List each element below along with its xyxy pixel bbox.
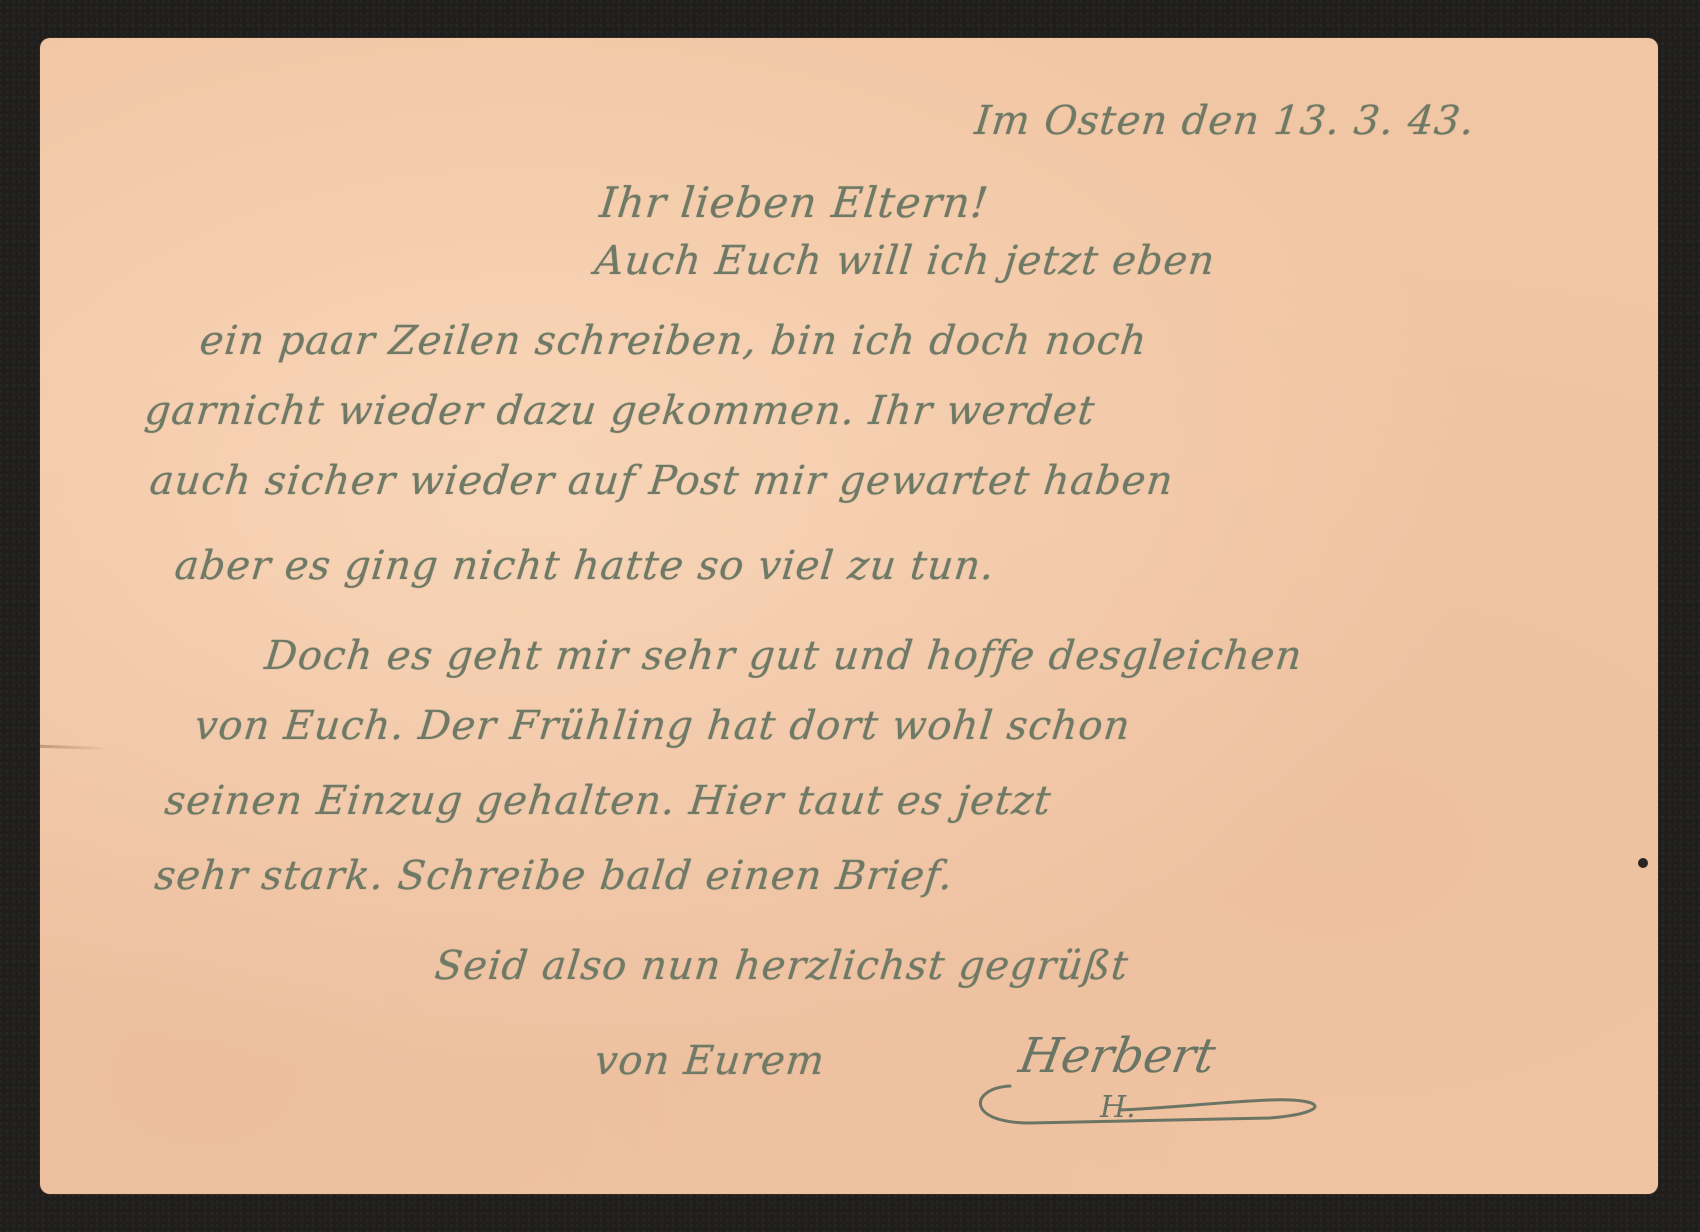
body-line: auch sicher wieder auf Post mir gewartet… (148, 458, 1176, 504)
initials: H. (1100, 1090, 1136, 1125)
date-line: Im Osten den 13. 3. 43. (973, 98, 1477, 144)
body-line: sehr stark. Schreibe bald einen Brief. (153, 853, 956, 899)
punch-hole (1638, 858, 1648, 868)
body-line: ein paar Zeilen schreiben, bin ich doch … (198, 318, 1150, 364)
signature: Herbert (1015, 1028, 1219, 1084)
body-line: seinen Einzug gehalten. Hier taut es jet… (163, 778, 1054, 824)
closing-line: Seid also nun herzlichst gegrüßt (433, 943, 1131, 989)
body-line: aber es ging nicht hatte so viel zu tun. (173, 543, 998, 589)
body-line: Doch es geht mir sehr gut und hoffe desg… (263, 633, 1305, 679)
postcard: Im Osten den 13. 3. 43. Ihr lieben Elter… (40, 38, 1658, 1194)
from-line: von Eurem (593, 1038, 828, 1084)
greeting: Ihr lieben Eltern! (597, 178, 991, 227)
paper-tear (40, 745, 110, 750)
signature-flourish-icon (970, 1078, 1340, 1138)
body-line: garnicht wieder dazu gekommen. Ihr werde… (143, 388, 1098, 434)
body-line: Auch Euch will ich jetzt eben (593, 238, 1218, 284)
body-line: von Euch. Der Frühling hat dort wohl sch… (193, 703, 1133, 749)
